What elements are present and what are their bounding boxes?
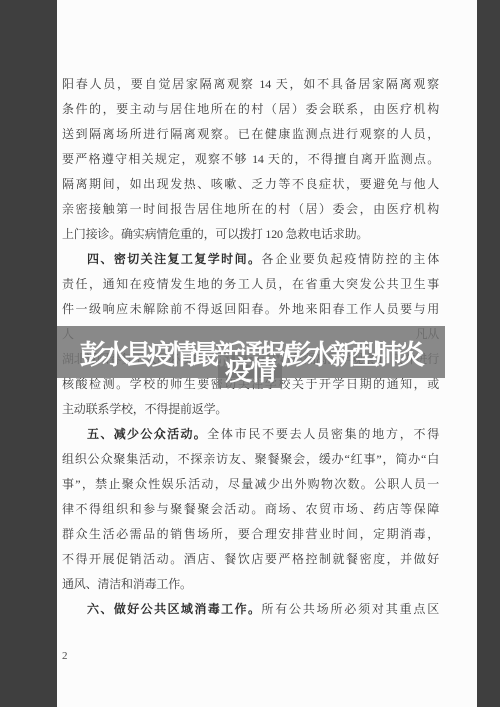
doc-line: 组织公众聚集活动，不探亲访友、聚餐聚会，缓办“红事”，简办“白 <box>62 447 439 472</box>
scanned-document-page: 阳春人员，要自觉居家隔离观察 14 天，如不具备居家隔离观察条件的，要主动与居住… <box>0 0 500 707</box>
left-letterbox-band <box>0 0 57 707</box>
doc-line: 亲密接触第一时间报告居住地所在的村（居）委会，由医疗机构 <box>62 197 439 222</box>
doc-line: 通风、清洁和消毒工作。 <box>62 572 439 597</box>
doc-line: 六、做好公共区域消毒工作。所有公共场所必须对其重点区 <box>62 597 439 622</box>
doc-line: 送到隔离场所进行隔离观察。已在健康监测点进行观察的人员， <box>62 122 439 147</box>
doc-line: 件一级响应未解除前不得返回阳春。外地来阳春工作人员要与用 <box>62 297 439 322</box>
doc-line: 五、减少公众活动。全体市民不要去人员密集的地方，不得 <box>62 422 439 447</box>
doc-line: 群众生活必需品的销售场所，要合理安排营业时间，定期消毒， <box>62 522 439 547</box>
doc-line: 不得开展促销活动。酒店、餐饮店要严格控制就餐密度，并做好 <box>62 547 439 572</box>
doc-line: 律不得组织和参与聚餐聚会活动。商场、农贸市场、药店等保障 <box>62 497 439 522</box>
section-body-start: 各企业要负起疫情防控的主体 <box>261 252 439 266</box>
doc-line: 阳春人员，要自觉居家隔离观察 14 天，如不具备居家隔离观察 <box>62 72 439 97</box>
doc-line: 上门接诊。确实病情危重的，可以拨打 120 急救电话求助。 <box>62 222 439 247</box>
doc-line: 隔离期间，如出现发热、咳嗽、乏力等不良症状，要避免与他人 <box>62 172 439 197</box>
doc-line: 四、密切关注复工复学时间。各企业要负起疫情防控的主体 <box>62 247 439 272</box>
title-overlay-line2: 疫情 <box>218 355 282 388</box>
doc-line: 条件的，要主动与居住地所在的村（居）委会联系，由医疗机构 <box>62 97 439 122</box>
doc-line: 事”，禁止聚众性娱乐活动，尽量减少出外购物次数。公职人员一 <box>62 472 439 497</box>
section-heading: 五、减少公众活动。 <box>87 427 207 441</box>
right-letterbox-band <box>477 0 500 707</box>
section-body-start: 所有公共场所必须对其重点区 <box>261 602 439 616</box>
section-heading: 四、密切关注复工复学时间。 <box>87 252 261 266</box>
page-number: 2 <box>62 650 68 662</box>
section-heading: 六、做好公共区域消毒工作。 <box>87 602 261 616</box>
doc-line: 主动联系学校，不得提前返学。 <box>62 397 439 422</box>
section-body-start: 全体市民不要去人员密集的地方，不得 <box>207 427 439 441</box>
doc-line: 责任，通知在疫情发生地的务工人员，在省重大突发公共卫生事 <box>62 272 439 297</box>
title-overlay-line2-row: 疫情 <box>55 355 445 388</box>
doc-line: 要严格遵守相关规定，观察不够 14 天的，不得擅自离开监测点。 <box>62 147 439 172</box>
